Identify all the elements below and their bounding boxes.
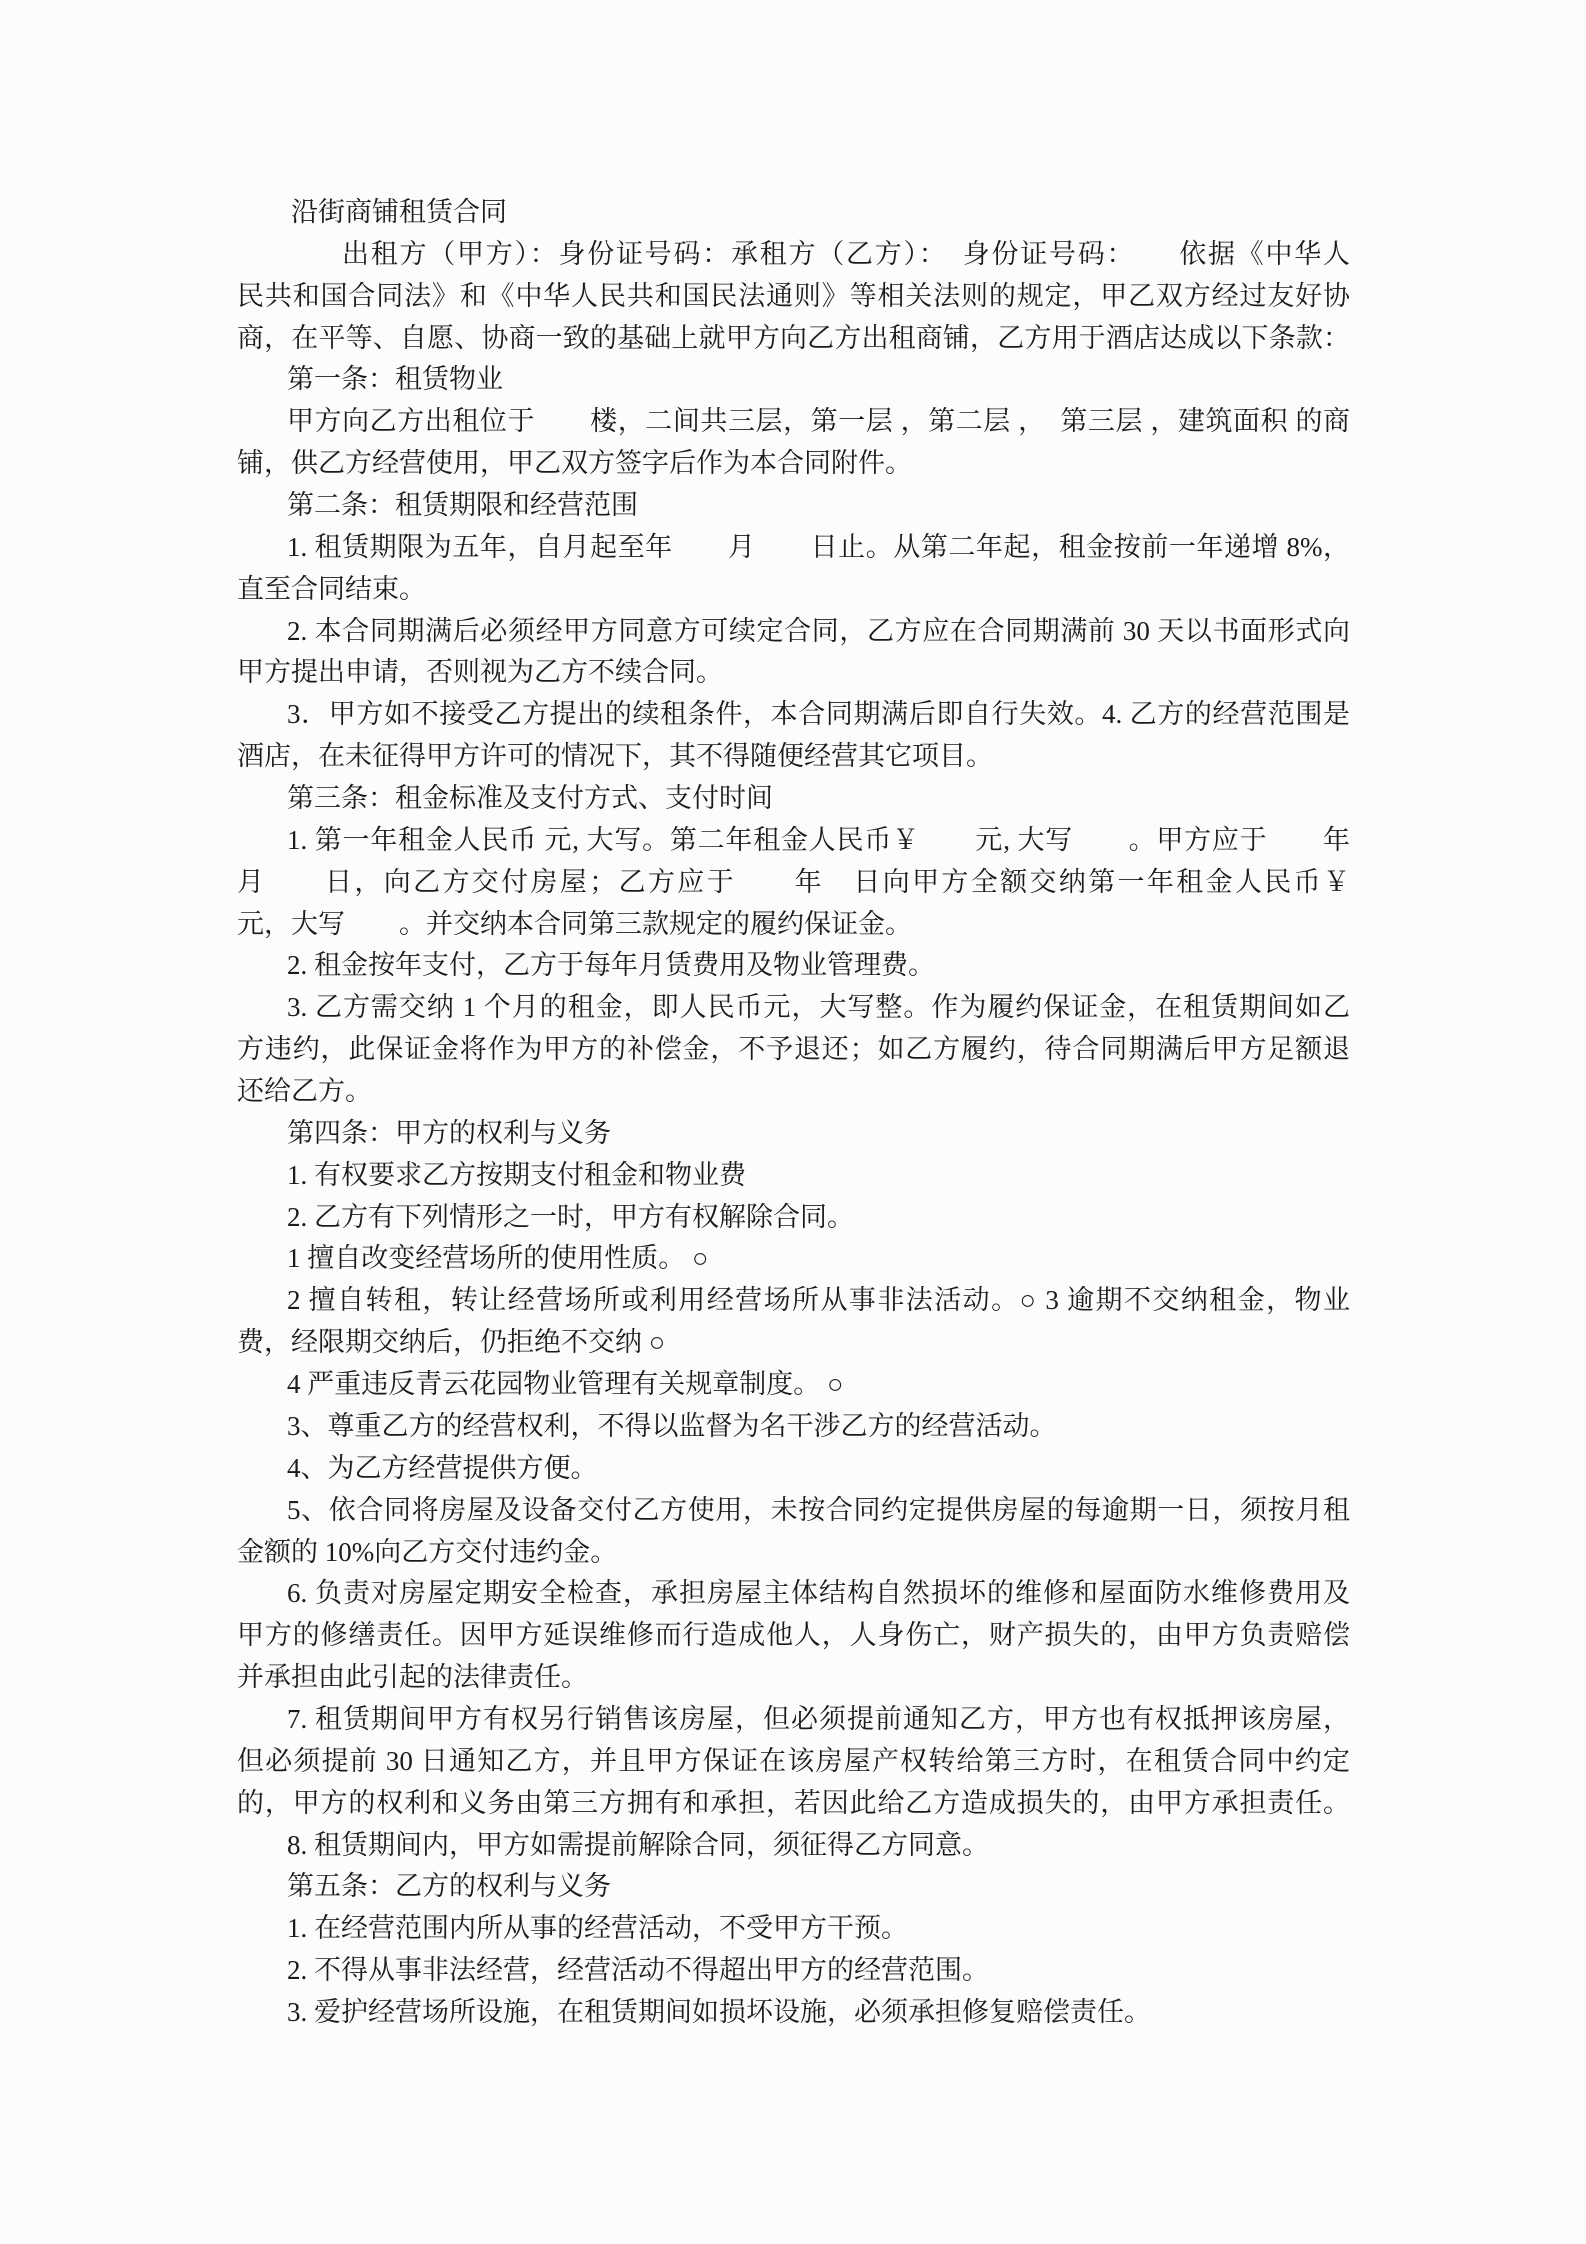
doc-line: 3．甲方如不接受乙方提出的续租条件，本合同期满后即自行失效。4. 乙方的经营范围… xyxy=(237,694,1350,736)
doc-line: 4 严重违反青云花园物业管理有关规章制度。 ○ xyxy=(237,1364,1350,1406)
doc-line: 1 擅自改变经营场所的使用性质。 ○ xyxy=(237,1238,1350,1280)
doc-line: 3. 爱护经营场所设施，在租赁期间如损坏设施，必须承担修复赔偿责任。 xyxy=(237,1992,1350,2034)
doc-line: 费，经限期交纳后，仍拒绝不交纳 ○ xyxy=(237,1322,1350,1364)
doc-line: 方违约，此保证金将作为甲方的补偿金，不予退还；如乙方履约，待合同期满后甲方足额退 xyxy=(237,1029,1350,1071)
section-heading: 第四条：甲方的权利与义务 xyxy=(237,1113,1350,1155)
doc-line: 甲方向乙方出租位于 楼，二间共三层，第一层 ，第二层 ， 第三层 ，建筑面积 的… xyxy=(237,401,1350,443)
doc-line: 1. 第一年租金人民币 元, 大写。第二年租金人民币￥ 元, 大写 。甲方应于 … xyxy=(237,820,1350,862)
doc-line: 3、尊重乙方的经营权利，不得以监督为名干涉乙方的经营活动。 xyxy=(237,1406,1350,1448)
doc-line: 1. 在经营范围内所从事的经营活动，不受甲方干预。 xyxy=(237,1908,1350,1950)
doc-line: 2. 本合同期满后必须经甲方同意方可续定合同，乙方应在合同期满前 30 天以书面… xyxy=(237,611,1350,653)
doc-line: 4、为乙方经营提供方便。 xyxy=(237,1448,1350,1490)
doc-line: 月 日，向乙方交付房屋；乙方应于 年 日向甲方全额交纳第一年租金人民币￥ xyxy=(237,862,1350,904)
doc-line: 甲方提出申请，否则视为乙方不续合同。 xyxy=(237,652,1350,694)
doc-line: 甲方的修缮责任。因甲方延误维修而行造成他人，人身伤亡，财产损失的，由甲方负责赔偿 xyxy=(237,1615,1350,1657)
doc-line: 1. 租赁期限为五年，自月起至年 月 日止。从第二年起，租金按前一年递增 8%， xyxy=(237,527,1350,569)
doc-line: 民共和国合同法》和《中华人民共和国民法通则》等相关法则的规定，甲乙双方经过友好协 xyxy=(237,276,1350,318)
doc-line: 6. 负责对房屋定期安全检查，承担房屋主体结构自然损坏的维修和屋面防水维修费用及 xyxy=(237,1573,1350,1615)
doc-line: 元，大写 。并交纳本合同第三款规定的履约保证金。 xyxy=(237,904,1350,946)
doc-line: 并承担由此引起的法律责任。 xyxy=(237,1657,1350,1699)
doc-line: 8. 租赁期间内，甲方如需提前解除合同，须征得乙方同意。 xyxy=(237,1825,1350,1867)
doc-line: 5、依合同将房屋及设备交付乙方使用，未按合同约定提供房屋的每逾期一日，须按月租 xyxy=(237,1490,1350,1532)
section-heading: 第五条：乙方的权利与义务 xyxy=(237,1866,1350,1908)
doc-line: 3. 乙方需交纳 1 个月的租金，即人民币元，大写整。作为履约保证金，在租赁期间… xyxy=(237,987,1350,1029)
doc-line: 金额的 10%向乙方交付违约金。 xyxy=(237,1532,1350,1574)
doc-line: 2. 乙方有下列情形之一时，甲方有权解除合同。 xyxy=(237,1197,1350,1239)
document-title: 沿街商铺租赁合同 xyxy=(237,192,1350,234)
doc-line: 2. 租金按年支付，乙方于每年月赁费用及物业管理费。 xyxy=(237,945,1350,987)
doc-line: 但必须提前 30 日通知乙方，并且甲方保证在该房屋产权转给第三方时，在租赁合同中… xyxy=(237,1741,1350,1783)
doc-line: 2 擅自转租，转让经营场所或利用经营场所从事非法活动。○ 3 逾期不交纳租金，物… xyxy=(237,1280,1350,1322)
section-heading: 第三条：租金标准及支付方式、支付时间 xyxy=(237,778,1350,820)
contract-page: 沿街商铺租赁合同出租方（甲方）：身份证号码：承租方（乙方）： 身份证号码： 依据… xyxy=(0,0,1586,2244)
doc-line: 出租方（甲方）：身份证号码：承租方（乙方）： 身份证号码： 依据《中华人 xyxy=(237,234,1350,276)
doc-line: 2. 不得从事非法经营，经营活动不得超出甲方的经营范围。 xyxy=(237,1950,1350,1992)
section-heading: 第一条：租赁物业 xyxy=(237,359,1350,401)
doc-line: 酒店，在未征得甲方许可的情况下，其不得随便经营其它项目。 xyxy=(237,736,1350,778)
doc-line: 1. 有权要求乙方按期支付租金和物业费 xyxy=(237,1155,1350,1197)
doc-line: 铺，供乙方经营使用，甲乙双方签字后作为本合同附件。 xyxy=(237,443,1350,485)
doc-line: 的，甲方的权利和义务由第三方拥有和承担，若因此给乙方造成损失的，由甲方承担责任。 xyxy=(237,1783,1350,1825)
doc-line: 直至合同结束。 xyxy=(237,569,1350,611)
doc-line: 7. 租赁期间甲方有权另行销售该房屋，但必须提前通知乙方，甲方也有权抵押该房屋， xyxy=(237,1699,1350,1741)
doc-line: 商，在平等、自愿、协商一致的基础上就甲方向乙方出租商铺，乙方用于酒店达成以下条款… xyxy=(237,318,1350,360)
document-body: 沿街商铺租赁合同出租方（甲方）：身份证号码：承租方（乙方）： 身份证号码： 依据… xyxy=(237,192,1350,2034)
section-heading: 第二条：租赁期限和经营范围 xyxy=(237,485,1350,527)
doc-line: 还给乙方。 xyxy=(237,1071,1350,1113)
